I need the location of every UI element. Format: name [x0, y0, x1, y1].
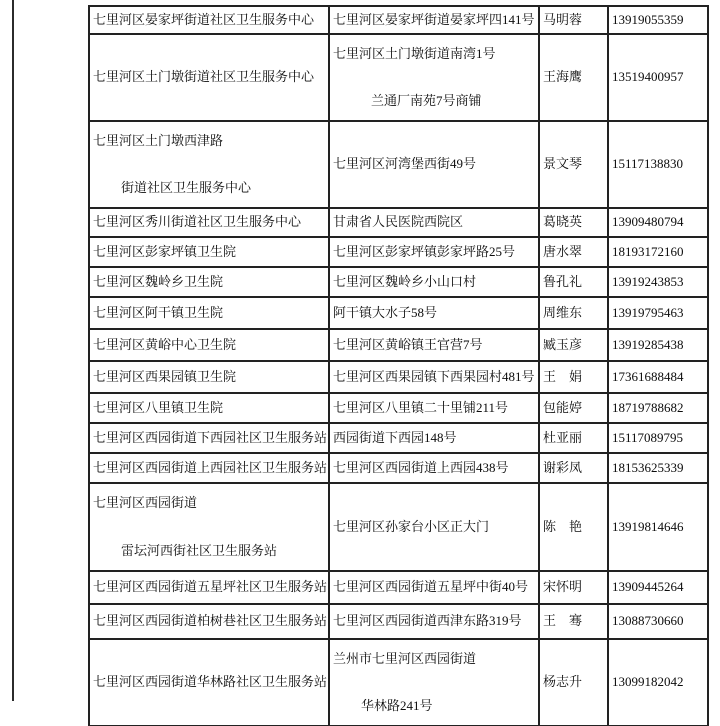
center-name-cell: 七里河区土门墩西津路 街道社区卫生服务中心 [89, 121, 329, 208]
contact-cell: 杜亚丽 [539, 423, 608, 453]
contact-cell: 谢彩凤 [539, 453, 608, 483]
address-cell: 七里河区八里镇二十里铺211号 [329, 393, 539, 423]
contact-cell: 马明蓉 [539, 6, 608, 34]
table-row: 七里河区西园街道上西园社区卫生服务站 七里河区西园街道上西园438号 谢彩凤 1… [89, 453, 708, 483]
contact-cell: 王 娟 [539, 361, 608, 393]
center-name-line-1: 七里河区西园街道 [93, 495, 325, 511]
center-name-cell: 七里河区西园街道 雷坛河西街社区卫生服务站 [89, 483, 329, 571]
table-row: 七里河区阿干镇卫生院 阿干镇大水子58号 周维东 13919795463 [89, 297, 708, 329]
center-name-cell: 七里河区西园街道五星坪社区卫生服务站 [89, 571, 329, 604]
phone-cell: 13088730660 [608, 604, 708, 639]
table-row: 七里河区魏岭乡卫生院 七里河区魏岭乡小山口村 鲁孔礼 13919243853 [89, 267, 708, 297]
table-row: 七里河区彭家坪镇卫生院 七里河区彭家坪镇彭家坪路25号 唐水翠 18193172… [89, 237, 708, 267]
center-name-cell: 七里河区八里镇卫生院 [89, 393, 329, 423]
address-cell: 兰州市七里河区西园街道 华林路241号 [329, 639, 539, 726]
table-row: 七里河区土门墩街道社区卫生服务中心 七里河区土门墩街道南湾1号 兰通厂南苑7号商… [89, 34, 708, 121]
address-cell: 七里河区西园街道西津东路319号 [329, 604, 539, 639]
center-name-cell: 七里河区秀川街道社区卫生服务中心 [89, 208, 329, 237]
phone-cell: 13919285438 [608, 329, 708, 361]
address-line-2: 华林路241号 [333, 698, 535, 714]
address-cell: 七里河区晏家坪街道晏家坪四141号 [329, 6, 539, 34]
center-name-cell: 七里河区黄峪中心卫生院 [89, 329, 329, 361]
page-left-border [12, 0, 14, 701]
contact-cell: 唐水翠 [539, 237, 608, 267]
address-cell: 七里河区孙家台小区正大门 [329, 483, 539, 571]
address-cell: 七里河区魏岭乡小山口村 [329, 267, 539, 297]
center-name-line-2: 雷坛河西街社区卫生服务站 [93, 543, 325, 559]
contact-cell: 王海鹰 [539, 34, 608, 121]
address-cell: 七里河区河湾堡西街49号 [329, 121, 539, 208]
table-row: 七里河区西园街道华林路社区卫生服务站 兰州市七里河区西园街道 华林路241号 杨… [89, 639, 708, 726]
address-cell: 甘肃省人民医院西院区 [329, 208, 539, 237]
phone-cell: 15117138830 [608, 121, 708, 208]
center-name-cell: 七里河区土门墩街道社区卫生服务中心 [89, 34, 329, 121]
address-cell: 七里河区彭家坪镇彭家坪路25号 [329, 237, 539, 267]
contact-cell: 葛晓英 [539, 208, 608, 237]
contact-cell: 陈 艳 [539, 483, 608, 571]
address-line-2: 兰通厂南苑7号商铺 [333, 93, 535, 109]
center-name-cell: 七里河区彭家坪镇卫生院 [89, 237, 329, 267]
contact-cell: 王 骞 [539, 604, 608, 639]
address-line-1: 兰州市七里河区西园街道 [333, 651, 535, 667]
center-name-cell: 七里河区西园街道柏树巷社区卫生服务站 [89, 604, 329, 639]
phone-cell: 13519400957 [608, 34, 708, 121]
table-row: 七里河区西园街道下西园社区卫生服务站 西园街道下西园148号 杜亚丽 15117… [89, 423, 708, 453]
contact-cell: 周维东 [539, 297, 608, 329]
center-name-cell: 七里河区西园街道华林路社区卫生服务站 [89, 639, 329, 726]
address-cell: 西园街道下西园148号 [329, 423, 539, 453]
table-row: 七里河区西果园镇卫生院 七里河区西果园镇下西果园村481号 王 娟 173616… [89, 361, 708, 393]
table-row: 七里河区西园街道柏树巷社区卫生服务站 七里河区西园街道西津东路319号 王 骞 … [89, 604, 708, 639]
address-cell: 七里河区西果园镇下西果园村481号 [329, 361, 539, 393]
address-cell: 七里河区土门墩街道南湾1号 兰通厂南苑7号商铺 [329, 34, 539, 121]
center-name-cell: 七里河区魏岭乡卫生院 [89, 267, 329, 297]
center-name-cell: 七里河区晏家坪街道社区卫生服务中心 [89, 6, 329, 34]
table-row: 七里河区八里镇卫生院 七里河区八里镇二十里铺211号 包能婷 187197886… [89, 393, 708, 423]
phone-cell: 13919795463 [608, 297, 708, 329]
table-row: 七里河区西园街道五星坪社区卫生服务站 七里河区西园街道五星坪中街40号 宋怀明 … [89, 571, 708, 604]
phone-cell: 13919243853 [608, 267, 708, 297]
address-cell: 七里河区黄峪镇王官营7号 [329, 329, 539, 361]
address-cell: 阿干镇大水子58号 [329, 297, 539, 329]
phone-cell: 13909445264 [608, 571, 708, 604]
phone-cell: 13909480794 [608, 208, 708, 237]
center-name-line-1: 七里河区土门墩西津路 [93, 133, 325, 149]
center-name-cell: 七里河区西园街道上西园社区卫生服务站 [89, 453, 329, 483]
phone-cell: 17361688484 [608, 361, 708, 393]
center-name-cell: 七里河区西园街道下西园社区卫生服务站 [89, 423, 329, 453]
phone-cell: 13919055359 [608, 6, 708, 34]
address-line-1: 七里河区土门墩街道南湾1号 [333, 46, 535, 62]
phone-cell: 15117089795 [608, 423, 708, 453]
table-row: 七里河区西园街道 雷坛河西街社区卫生服务站 七里河区孙家台小区正大门 陈 艳 1… [89, 483, 708, 571]
contact-cell: 鲁孔礼 [539, 267, 608, 297]
contact-cell: 杨志升 [539, 639, 608, 726]
phone-cell: 13919814646 [608, 483, 708, 571]
contact-cell: 景文琴 [539, 121, 608, 208]
health-centers-table: 七里河区晏家坪街道社区卫生服务中心 七里河区晏家坪街道晏家坪四141号 马明蓉 … [88, 5, 709, 726]
phone-cell: 18193172160 [608, 237, 708, 267]
address-cell: 七里河区西园街道上西园438号 [329, 453, 539, 483]
table-row: 七里河区黄峪中心卫生院 七里河区黄峪镇王官营7号 臧玉彦 13919285438 [89, 329, 708, 361]
phone-cell: 13099182042 [608, 639, 708, 726]
center-name-cell: 七里河区西果园镇卫生院 [89, 361, 329, 393]
phone-cell: 18719788682 [608, 393, 708, 423]
address-cell: 七里河区西园街道五星坪中街40号 [329, 571, 539, 604]
table-row: 七里河区秀川街道社区卫生服务中心 甘肃省人民医院西院区 葛晓英 13909480… [89, 208, 708, 237]
contact-cell: 臧玉彦 [539, 329, 608, 361]
contact-cell: 包能婷 [539, 393, 608, 423]
table-row: 七里河区土门墩西津路 街道社区卫生服务中心 七里河区河湾堡西街49号 景文琴 1… [89, 121, 708, 208]
center-name-line-2: 街道社区卫生服务中心 [93, 180, 325, 196]
contact-cell: 宋怀明 [539, 571, 608, 604]
phone-cell: 18153625339 [608, 453, 708, 483]
center-name-cell: 七里河区阿干镇卫生院 [89, 297, 329, 329]
table-row: 七里河区晏家坪街道社区卫生服务中心 七里河区晏家坪街道晏家坪四141号 马明蓉 … [89, 6, 708, 34]
